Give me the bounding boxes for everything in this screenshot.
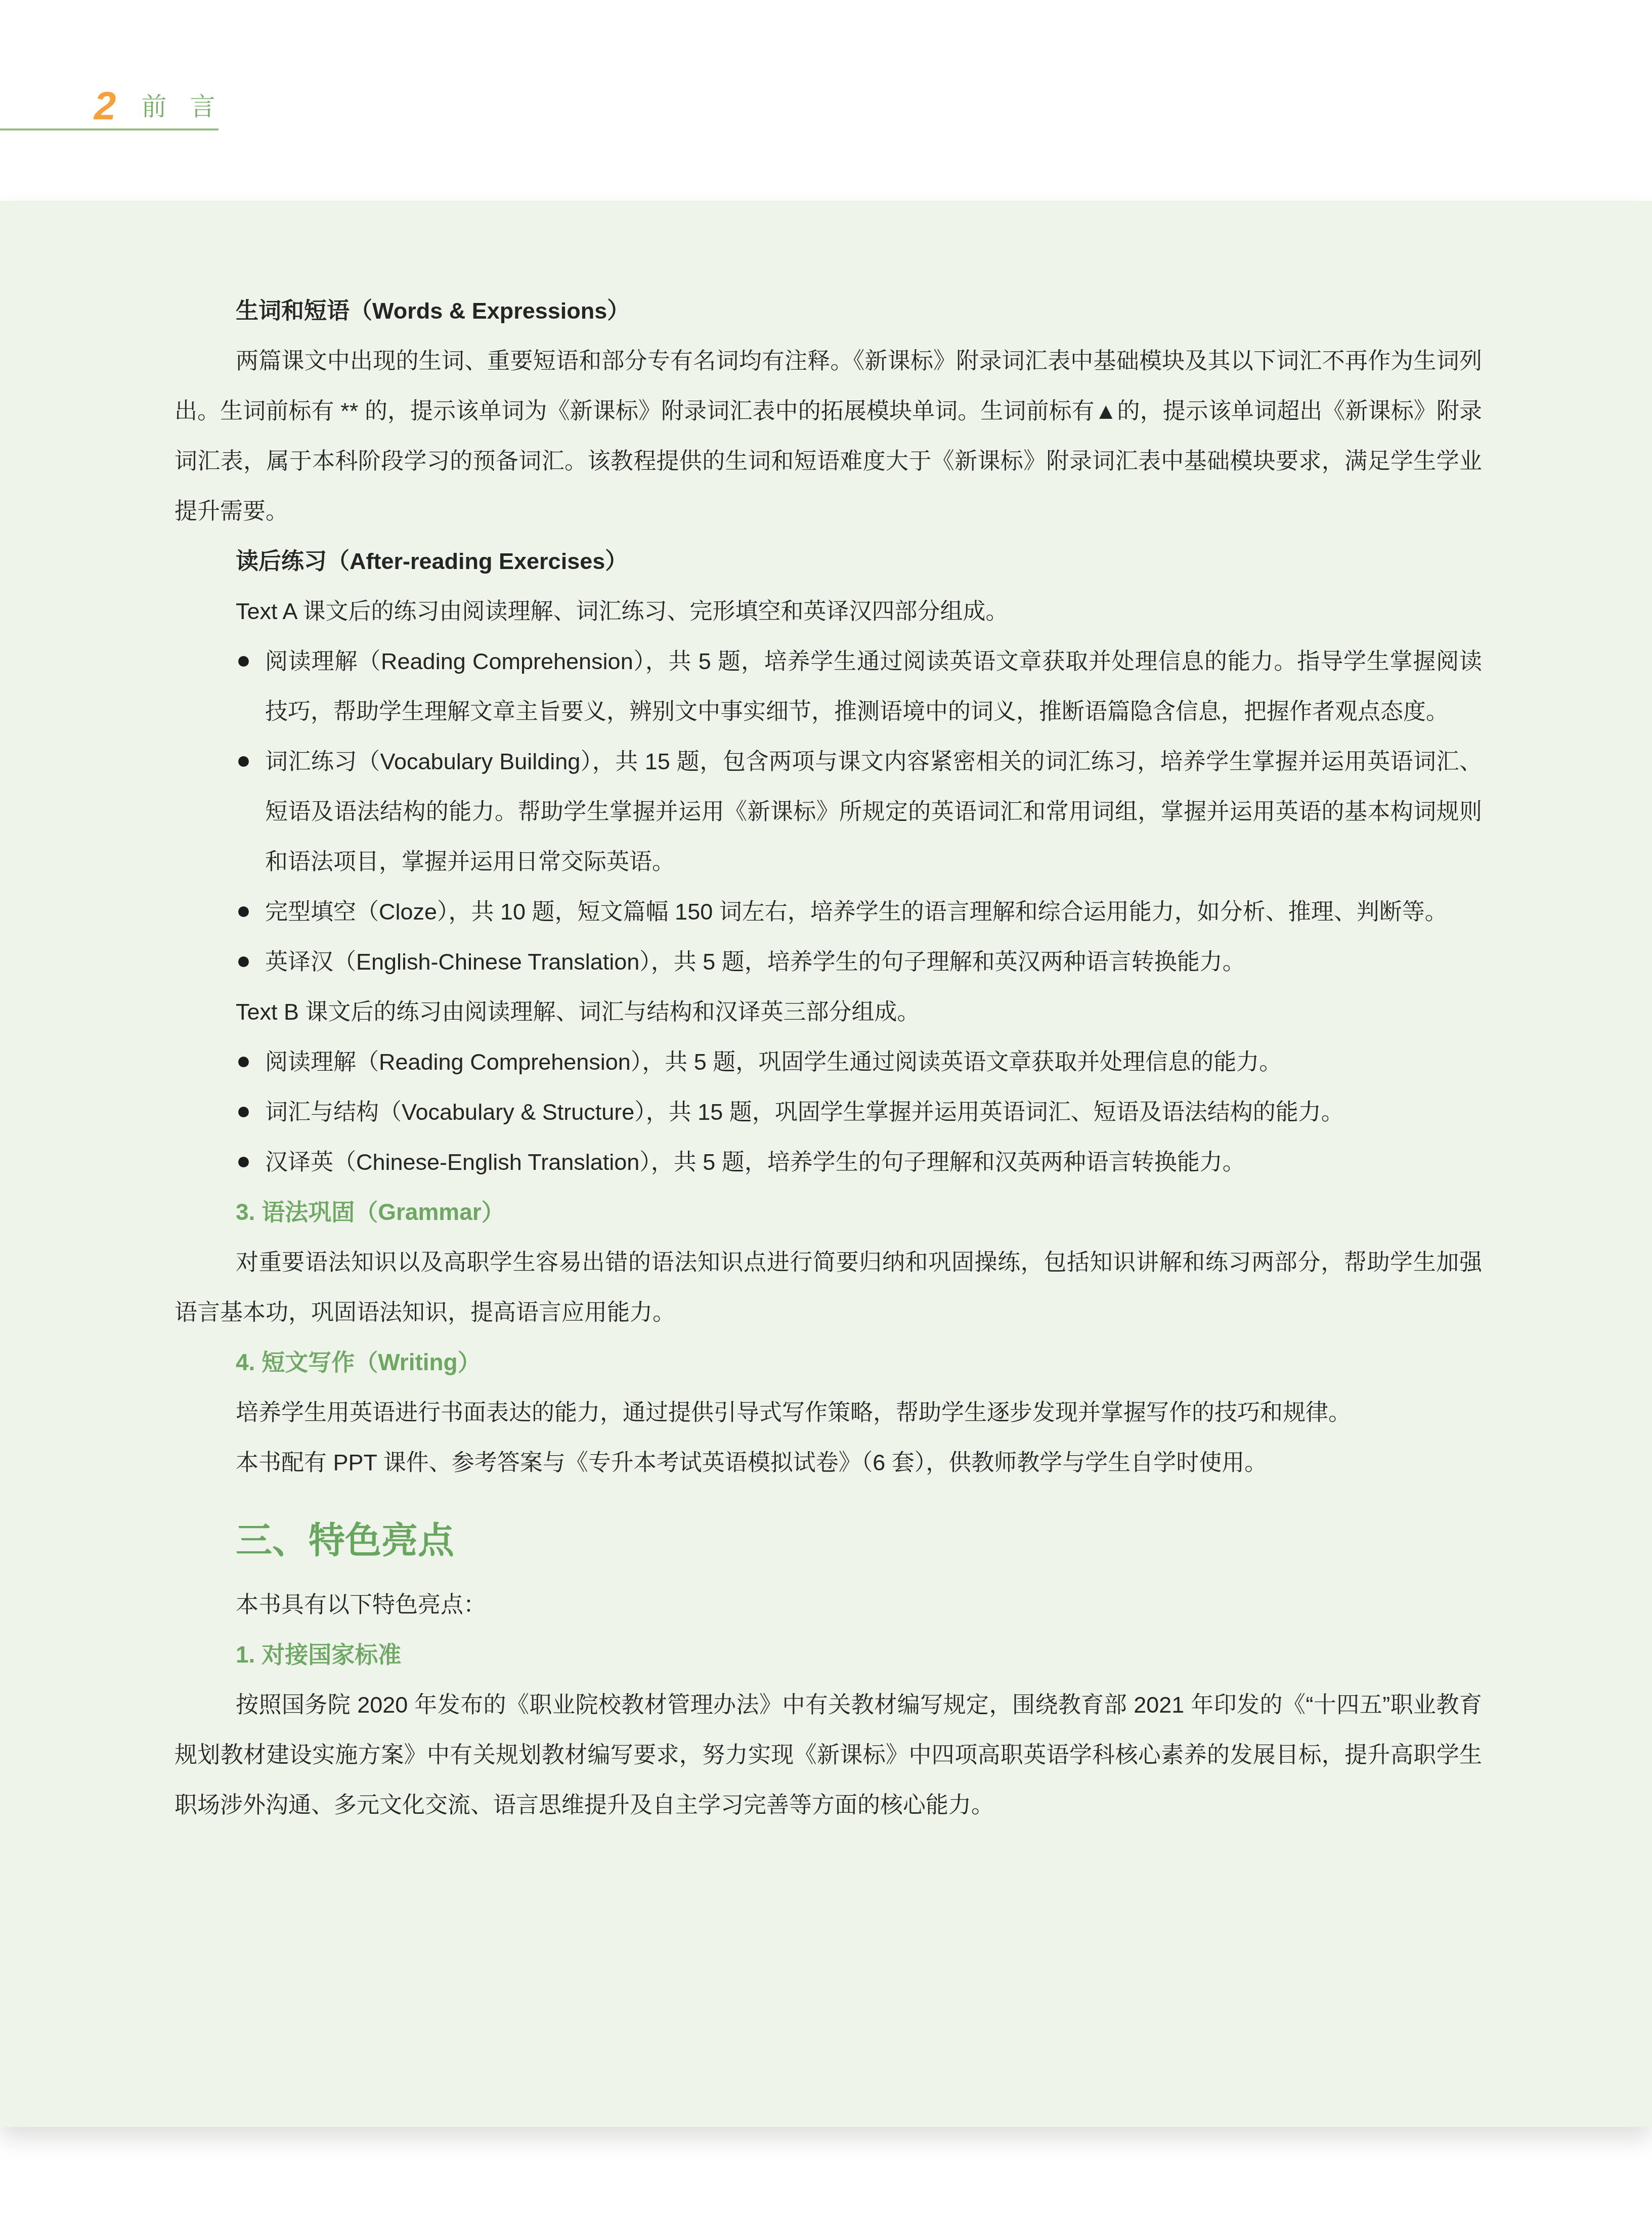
heading-after-reading: 读后练习（After-reading Exercises） <box>175 536 1482 586</box>
paragraph-text-b-intro: Text B 课文后的练习由阅读理解、词汇与结构和汉译英三部分组成。 <box>175 987 1482 1037</box>
bullet-item: 完型填空（Cloze），共 10 题，短文篇幅 150 词左右，培养学生的语言理… <box>175 887 1482 937</box>
running-head: 2 前言 <box>0 0 219 130</box>
bullet-item: 阅读理解（Reading Comprehension），共 5 题，培养学生通过… <box>175 636 1482 736</box>
section-title-features: 三、特色亮点 <box>175 1513 1482 1568</box>
heading-words-expressions: 生词和短语（Words & Expressions） <box>175 286 1482 336</box>
paragraph-writing: 培养学生用英语进行书面表达的能力，通过提供引导式写作策略，帮助学生逐步发现并掌握… <box>175 1387 1482 1437</box>
text-b-exercise-list: 阅读理解（Reading Comprehension），共 5 题，巩固学生通过… <box>175 1037 1482 1187</box>
paragraph-features-intro: 本书具有以下特色亮点： <box>175 1580 1482 1630</box>
text-a-exercise-list: 阅读理解（Reading Comprehension），共 5 题，培养学生通过… <box>175 636 1482 987</box>
paragraph-grammar: 对重要语法知识以及高职学生容易出错的语法知识点进行简要归纳和巩固操练，包括知识讲… <box>175 1237 1482 1337</box>
page-title: 前言 <box>141 94 238 123</box>
paragraph-words-notes: 两篇课文中出现的生词、重要短语和部分专有名词均有注释。《新课标》附录词汇表中基础… <box>175 336 1482 536</box>
content-panel: 生词和短语（Words & Expressions） 两篇课文中出现的生词、重要… <box>0 201 1652 2127</box>
preface-page: 2 前言 生词和短语（Words & Expressions） 两篇课文中出现的… <box>0 0 1652 2225</box>
paragraph-materials: 本书配有 PPT 课件、参考答案与《专升本考试英语模拟试卷》（6 套），供教师教… <box>175 1437 1482 1488</box>
bullet-item: 汉译英（Chinese-English Translation），共 5 题，培… <box>175 1137 1482 1187</box>
page-number: 2 <box>94 88 116 123</box>
bullet-item: 阅读理解（Reading Comprehension），共 5 题，巩固学生通过… <box>175 1037 1482 1087</box>
bullet-item: 词汇与结构（Vocabulary & Structure），共 15 题，巩固学… <box>175 1087 1482 1137</box>
paragraph-text-a-intro: Text A 课文后的练习由阅读理解、词汇练习、完形填空和英译汉四部分组成。 <box>175 586 1482 636</box>
heading-grammar: 3. 语法巩固（Grammar） <box>175 1187 1482 1237</box>
paragraph-national-standards: 按照国务院 2020 年发布的《职业院校教材管理办法》中有关教材编写规定，围绕教… <box>175 1680 1482 1830</box>
heading-national-standards: 1. 对接国家标准 <box>175 1630 1482 1680</box>
bullet-item: 英译汉（English-Chinese Translation），共 5 题，培… <box>175 937 1482 987</box>
bullet-item: 词汇练习（Vocabulary Building），共 15 题，包含两项与课文… <box>175 736 1482 887</box>
heading-writing: 4. 短文写作（Writing） <box>175 1337 1482 1387</box>
